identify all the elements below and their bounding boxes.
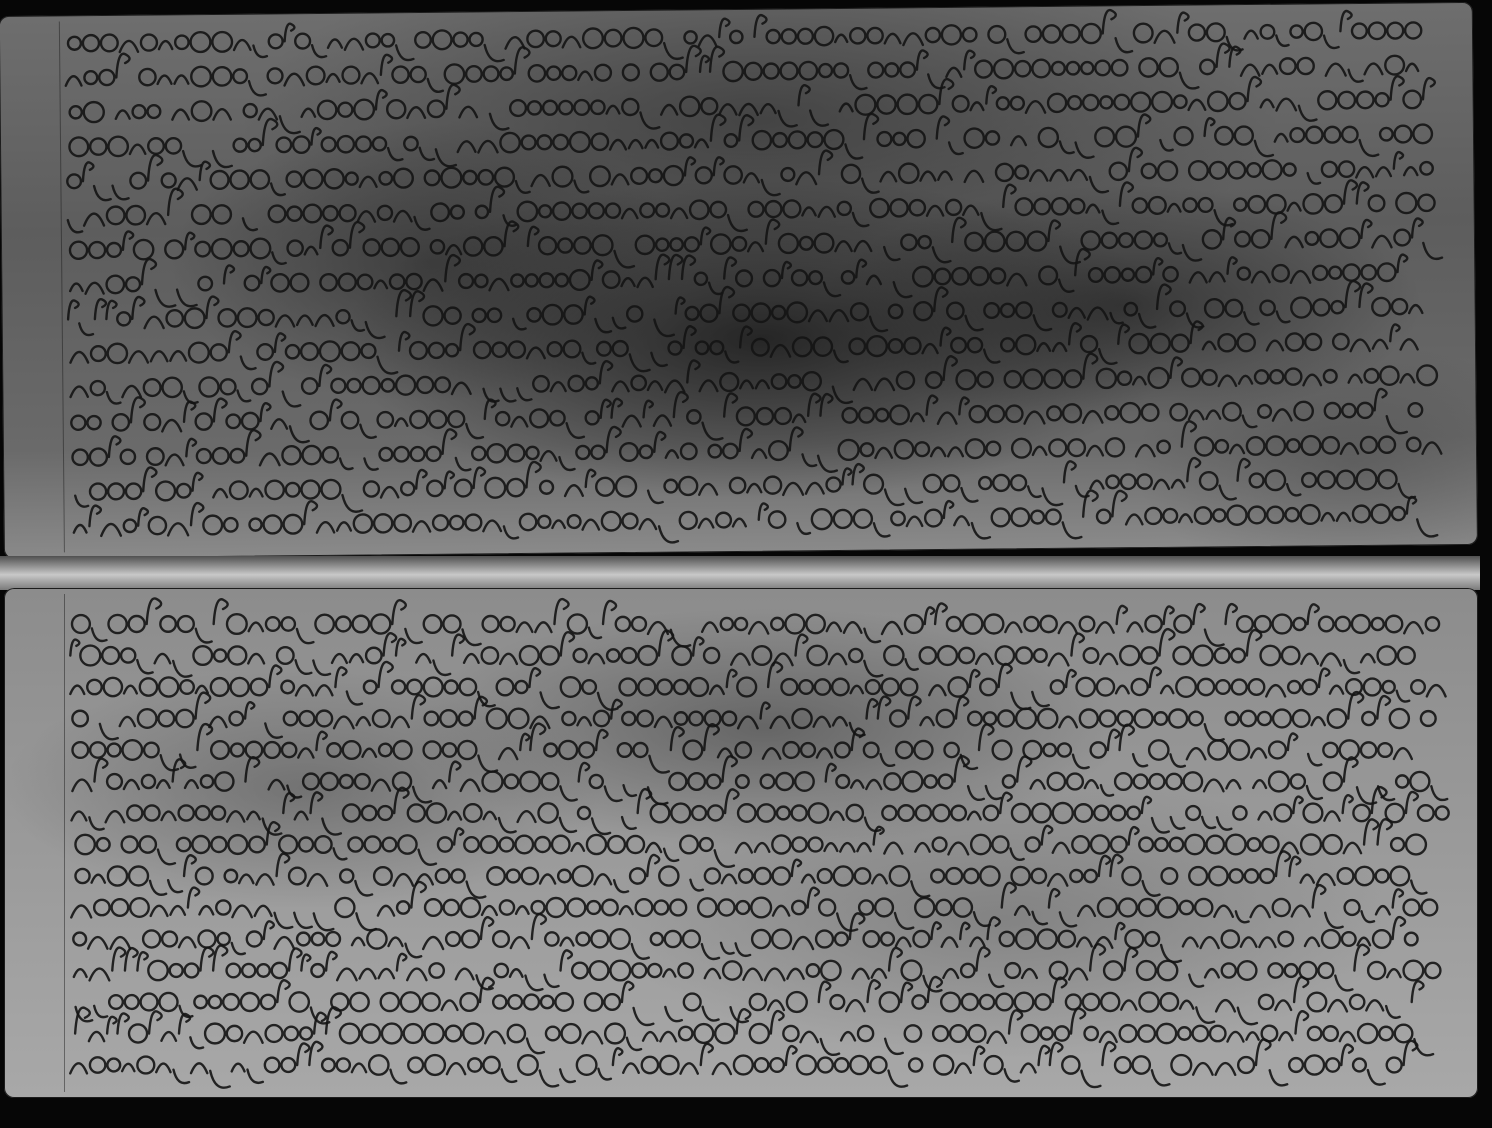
text-line [72, 724, 1411, 773]
text-line [72, 756, 1447, 804]
text-line [75, 453, 1415, 514]
text-line [70, 211, 1442, 273]
text-line [70, 1039, 1417, 1087]
text-line [71, 385, 1422, 446]
handwritten-text-lines [0, 2, 1478, 559]
text-line [65, 39, 1418, 100]
text-line [67, 143, 1433, 202]
text-line [73, 913, 1417, 962]
text-line [70, 350, 1437, 410]
manuscript-leaf-bottom [4, 588, 1478, 1098]
text-line [69, 108, 1432, 170]
leaf-fold-seam [0, 556, 1480, 590]
handwritten-text-lines [4, 588, 1478, 1098]
text-line [75, 1007, 1433, 1055]
text-line [74, 944, 1441, 991]
text-line [75, 851, 1426, 897]
text-line [74, 487, 1438, 549]
text-line [71, 882, 1437, 931]
text-line [72, 692, 1435, 740]
text-line [72, 598, 1439, 646]
text-line [68, 280, 1423, 342]
text-line [70, 246, 1408, 308]
text-line [70, 662, 1445, 710]
manuscript-leaf-top [0, 2, 1478, 559]
text-line [72, 419, 1441, 479]
